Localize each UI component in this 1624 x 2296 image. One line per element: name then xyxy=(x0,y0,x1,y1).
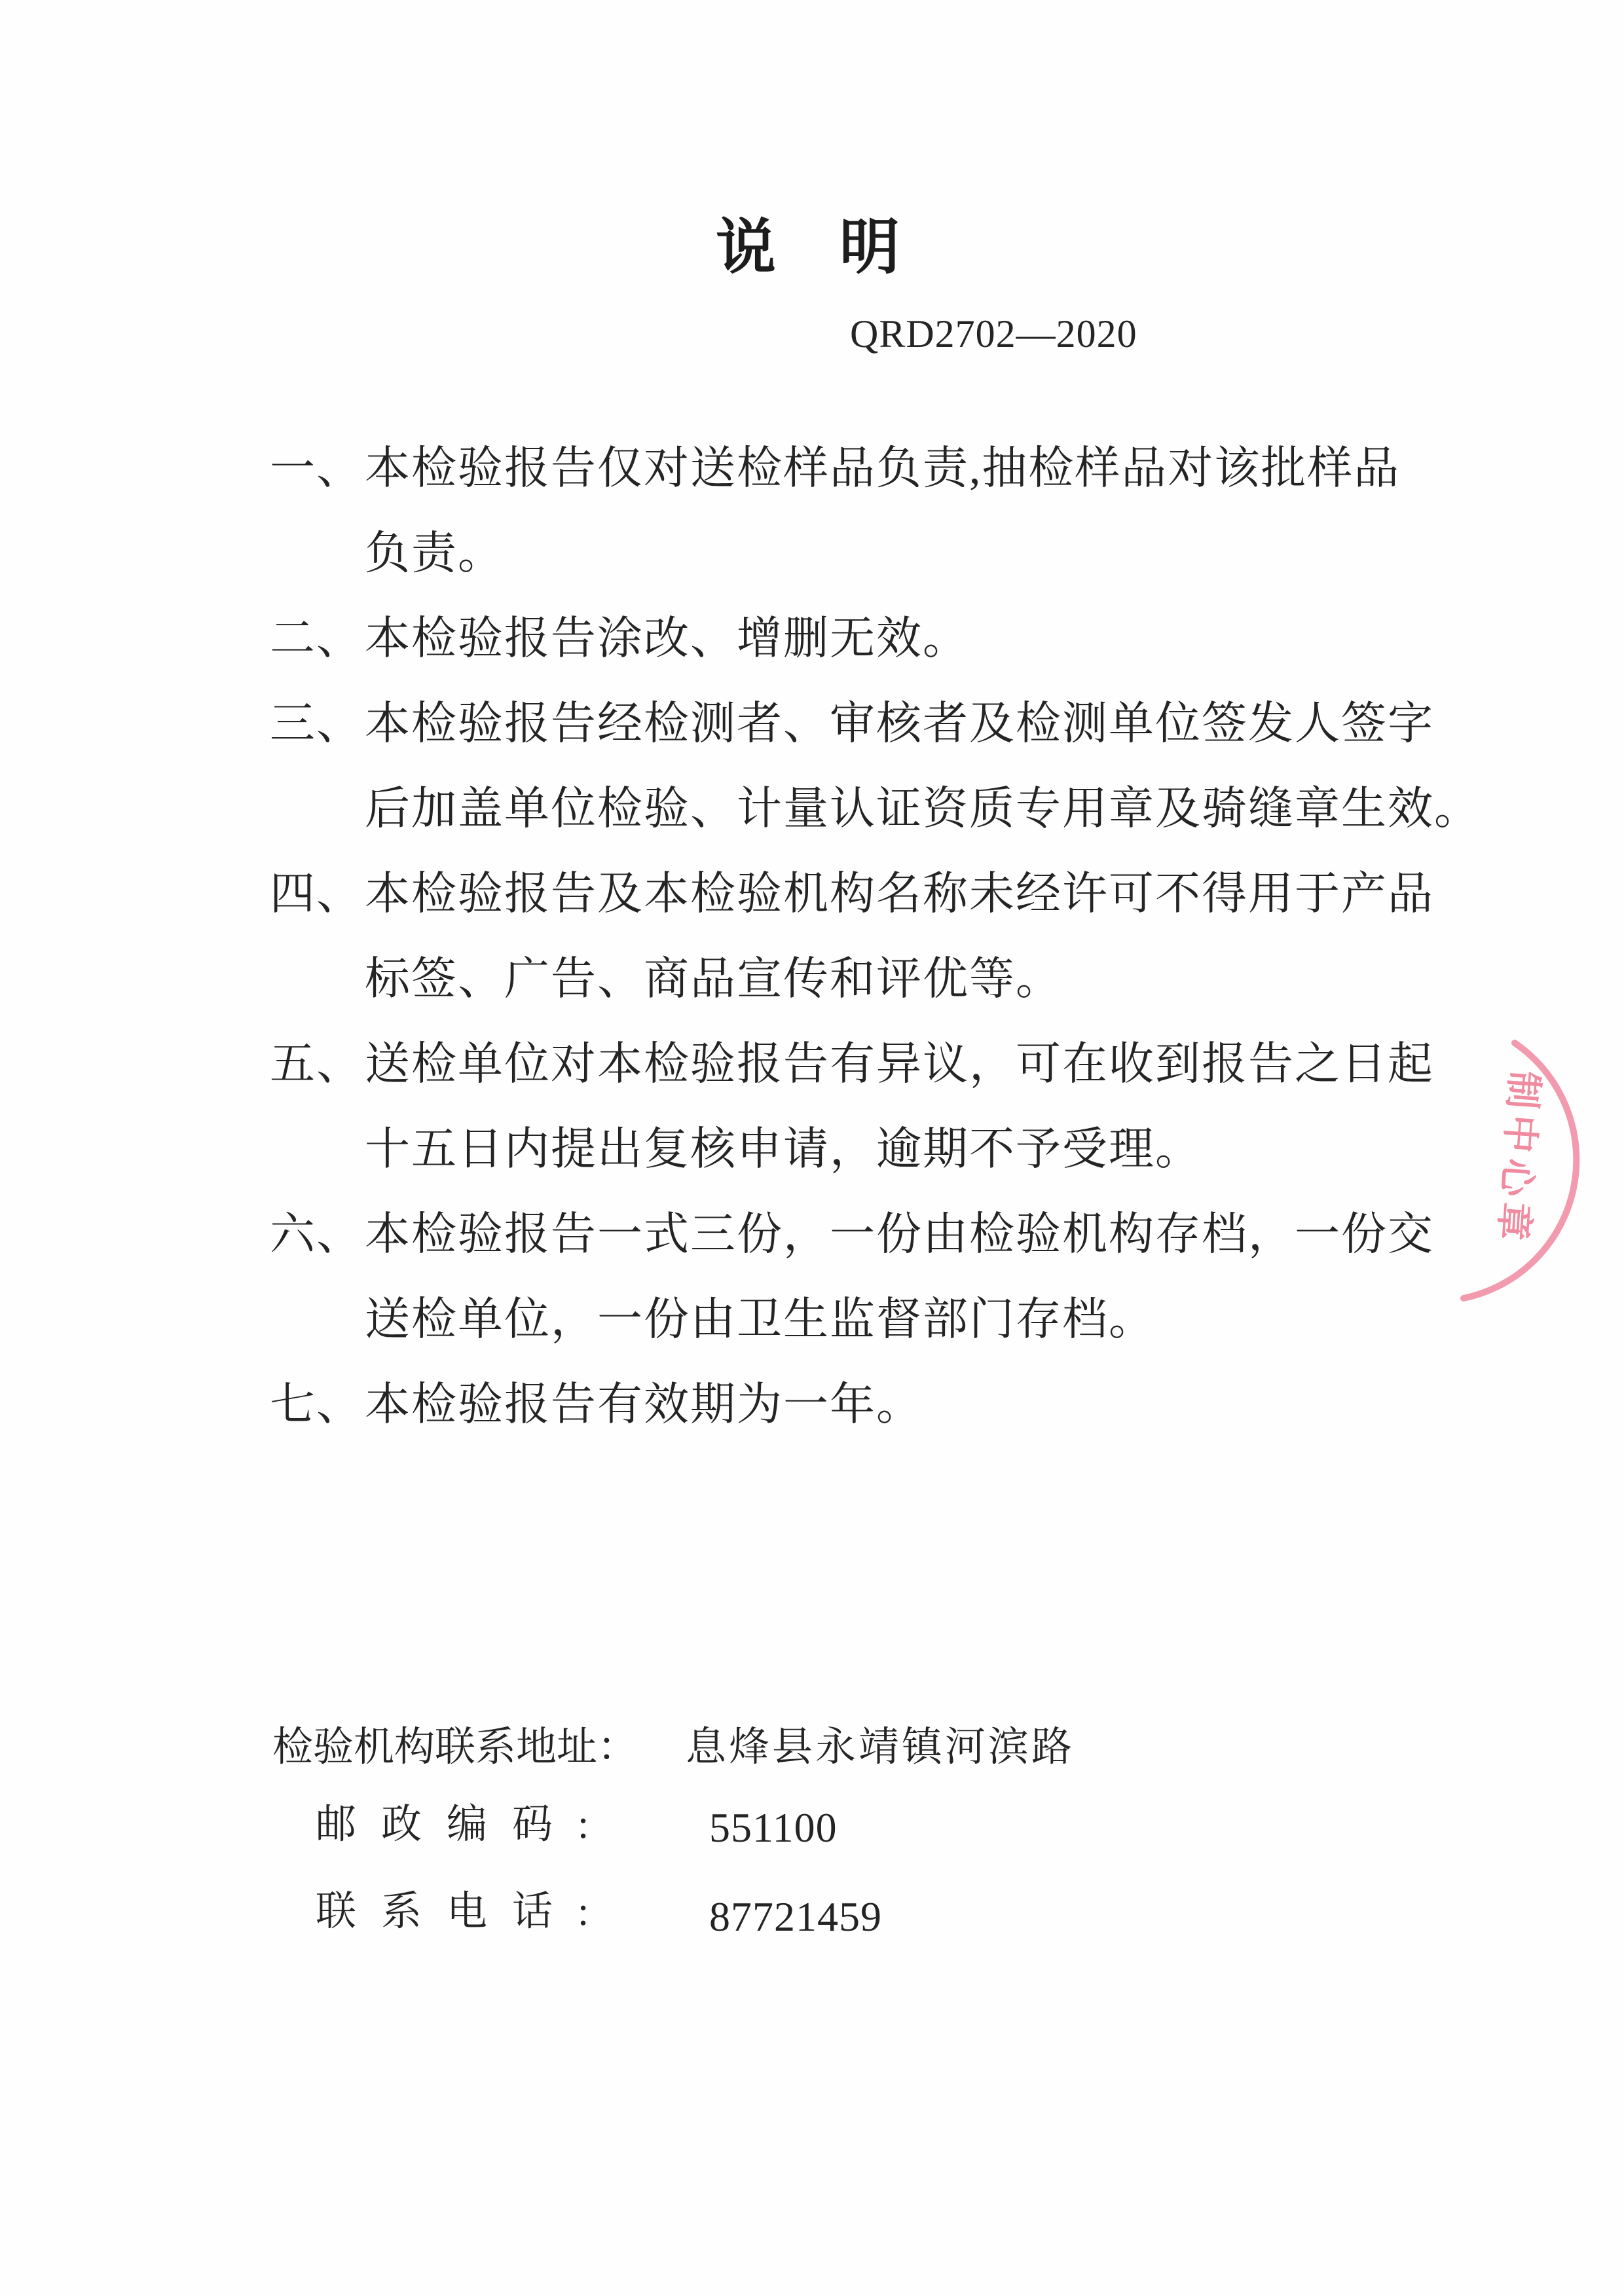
list-item: 三、 本检验报告经检测者、审核者及检测单位签发人签字 后加盖单位检验、计量认证资… xyxy=(270,681,1422,851)
item-text-line: 负责。 xyxy=(365,511,1422,596)
phone-label: 联系电话: xyxy=(316,1891,614,1932)
item-text-line: 后加盖单位检验、计量认证资质专用章及骑缝章生效。 xyxy=(365,766,1422,851)
page-title: 说明 xyxy=(716,217,963,278)
item-text-line: 送检单位对本检验报告有异议，可在收到报告之日起 xyxy=(365,1021,1422,1106)
address-value: 息烽县永靖镇河滨路 xyxy=(686,1725,1075,1770)
item-text-line: 本检验报告仅对送检样品负责,抽检样品对该批样品 xyxy=(365,426,1422,511)
item-text-line: 送检单位，一份由卫生监督部门存档。 xyxy=(365,1277,1422,1362)
postal-code-label: 邮政编码: xyxy=(316,1804,614,1845)
item-text-line: 十五日内提出复核申请，逾期不予受理。 xyxy=(365,1106,1422,1192)
item-number: 三、 xyxy=(270,681,363,766)
list-item: 六、 本检验报告一式三份，一份由检验机构存档，一份交 送检单位，一份由卫生监督部… xyxy=(270,1192,1422,1362)
notes-list: 一、 本检验报告仅对送检样品负责,抽检样品对该批样品 负责。 二、 本检验报告涂… xyxy=(270,426,1422,1447)
item-text-line: 本检验报告经检测者、审核者及检测单位签发人签字 xyxy=(365,681,1422,766)
postal-code-value: 551100 xyxy=(709,1807,838,1849)
document-page: 说明 QRD2702—2020 一、 本检验报告仅对送检样品负责,抽检样品对该批… xyxy=(0,0,1624,2296)
list-item: 五、 送检单位对本检验报告有异议，可在收到报告之日起 十五日内提出复核申请，逾期… xyxy=(270,1021,1422,1192)
item-text-line: 本检验报告及本检验机构名称未经许可不得用于产品 xyxy=(365,851,1422,936)
list-item: 一、 本检验报告仅对送检样品负责,抽检样品对该批样品 负责。 xyxy=(270,426,1422,596)
item-number: 二、 xyxy=(270,596,363,681)
list-item: 七、 本检验报告有效期为一年。 xyxy=(270,1362,1422,1447)
item-number: 五、 xyxy=(270,1021,363,1106)
document-number: QRD2702—2020 xyxy=(850,314,1137,354)
item-number: 七、 xyxy=(270,1362,363,1447)
list-item: 二、 本检验报告涂改、增删无效。 xyxy=(270,596,1422,681)
contact-address-line: 检验机构联系地址：息烽县永靖镇河滨路 xyxy=(272,1727,1075,1768)
address-label: 检验机构联系地址： xyxy=(272,1725,638,1770)
item-text-line: 标签、广告、商品宣传和评优等。 xyxy=(365,936,1422,1021)
item-text-line: 本检验报告有效期为一年。 xyxy=(365,1362,1422,1447)
item-number: 一、 xyxy=(270,426,363,511)
item-number: 六、 xyxy=(270,1192,363,1277)
item-number: 四、 xyxy=(270,851,363,936)
phone-value: 87721459 xyxy=(709,1896,882,1938)
item-text-line: 本检验报告一式三份，一份由检验机构存档，一份交 xyxy=(365,1192,1422,1277)
list-item: 四、 本检验报告及本检验机构名称未经许可不得用于产品 标签、广告、商品宣传和评优… xyxy=(270,851,1422,1021)
item-text-line: 本检验报告涂改、增删无效。 xyxy=(365,596,1422,681)
